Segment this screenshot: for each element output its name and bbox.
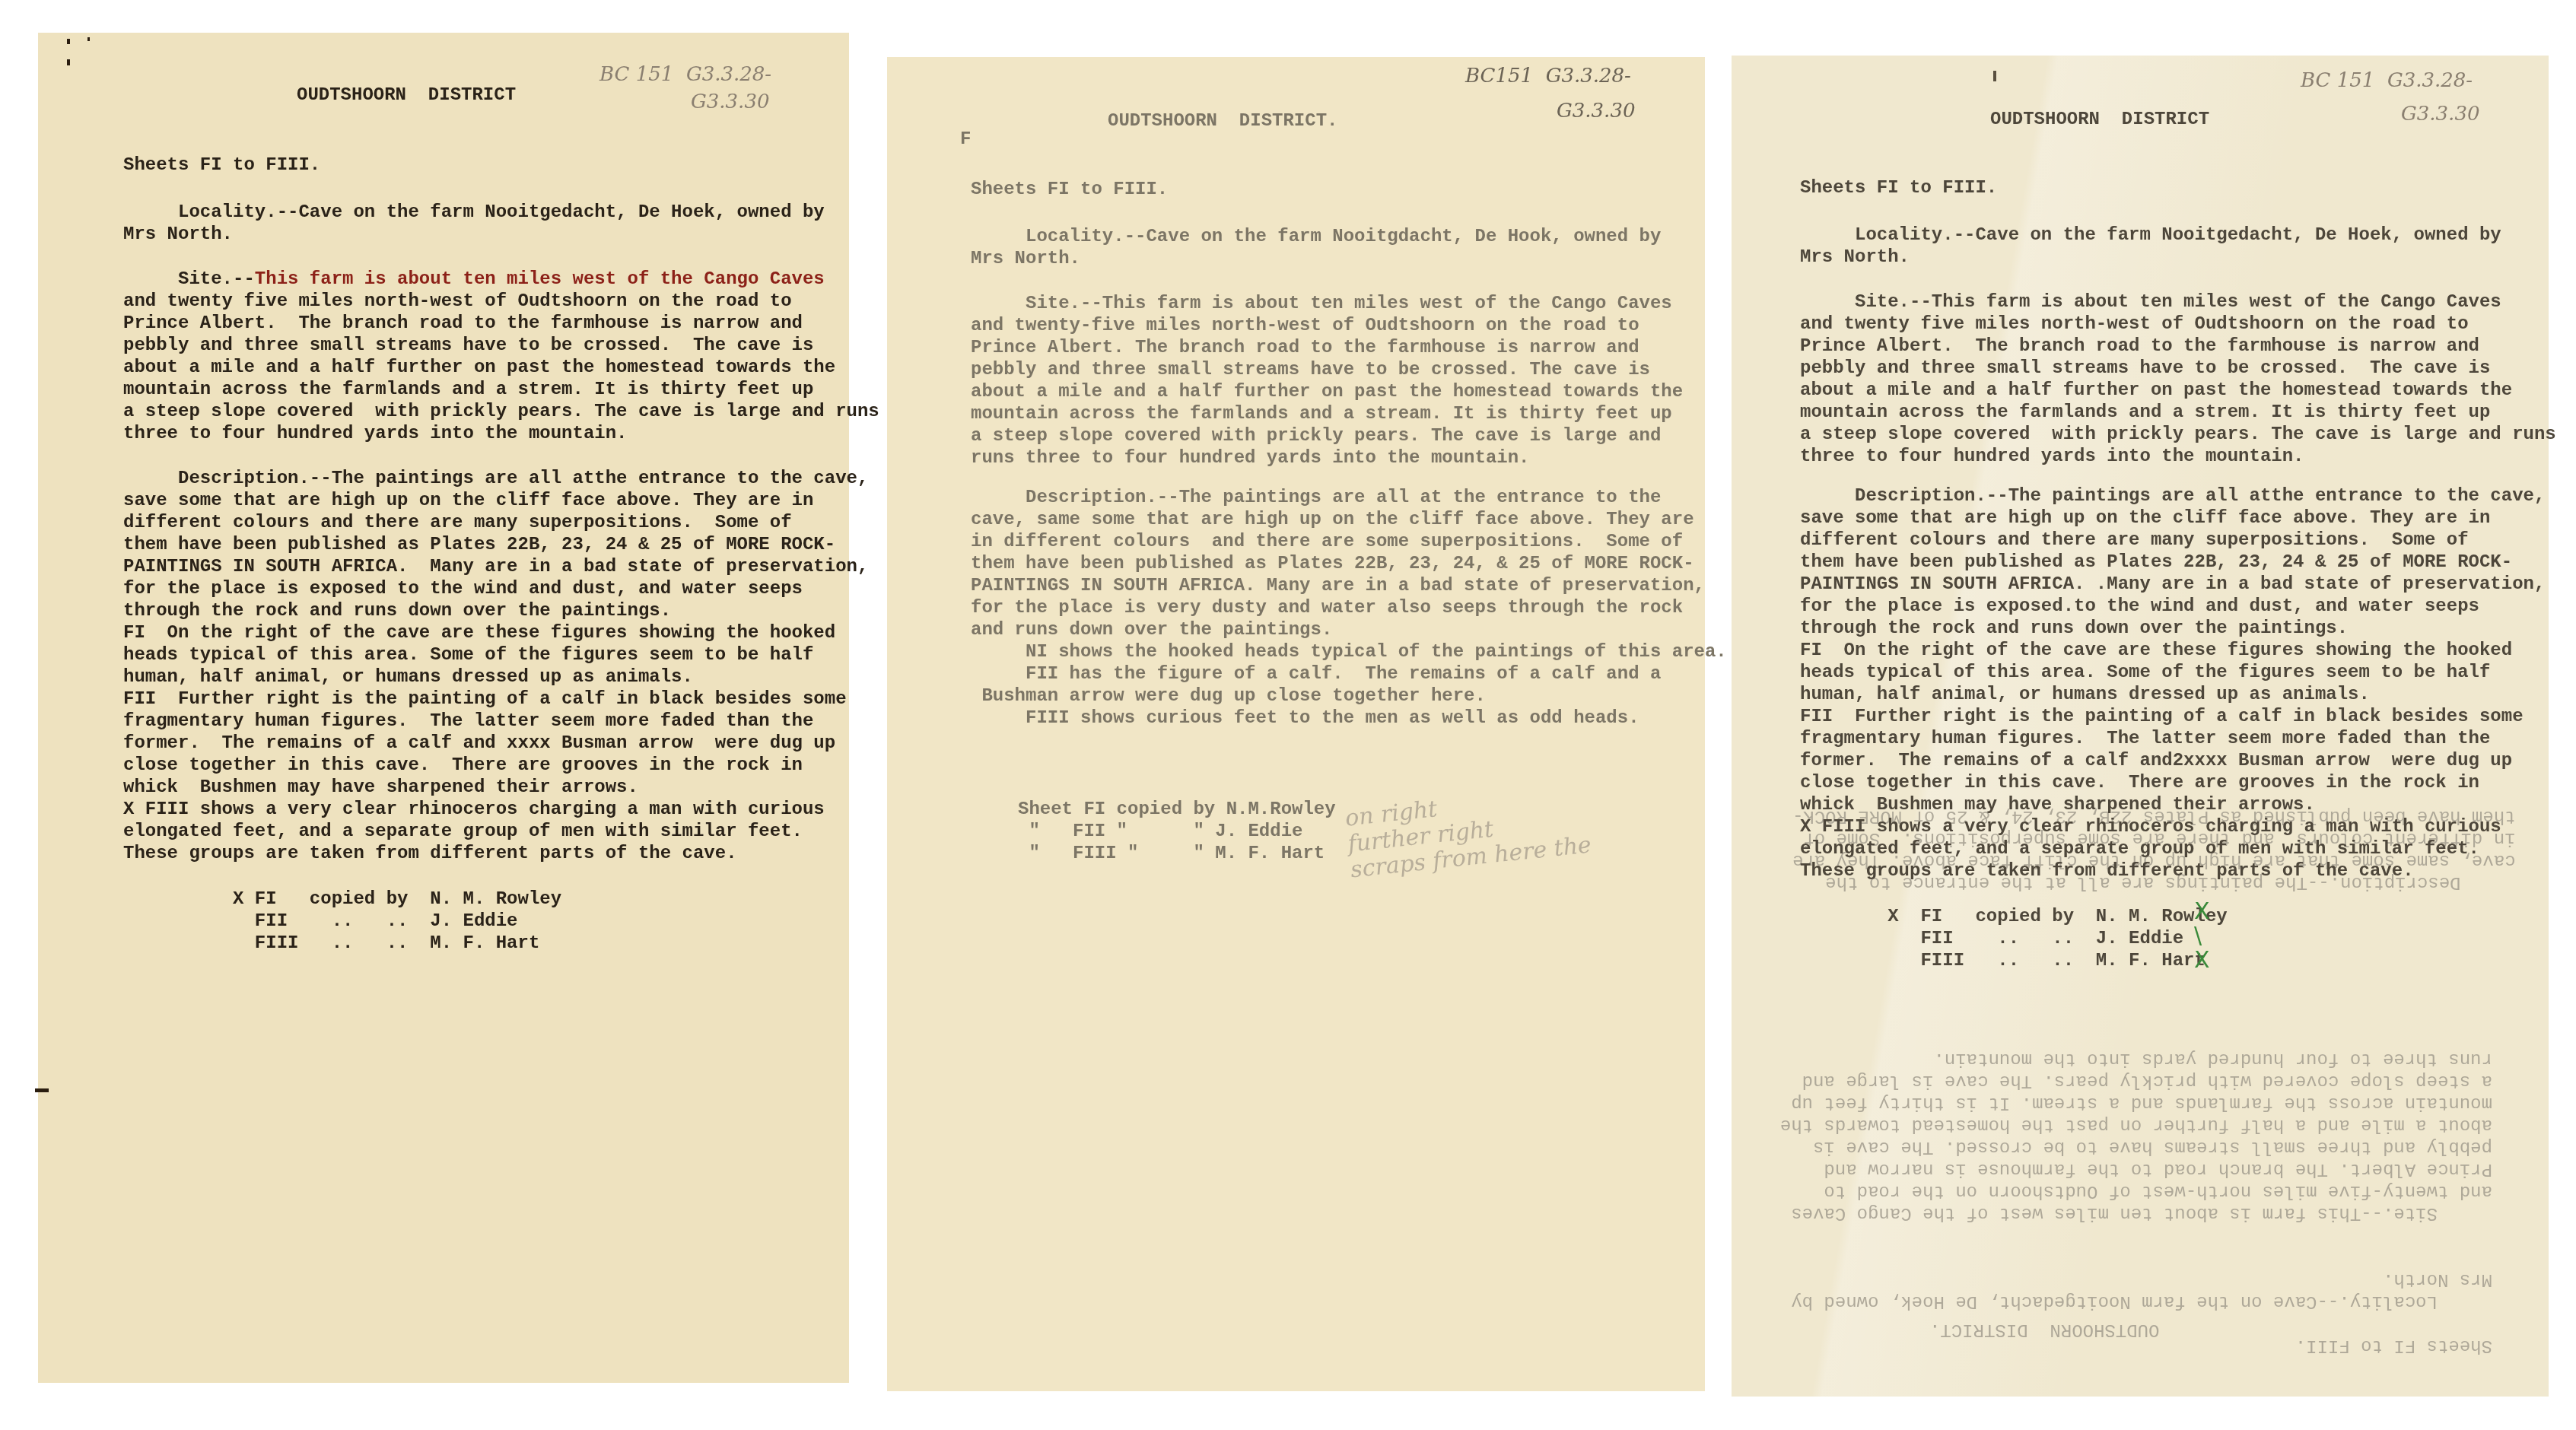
site-paragraph: Site.--This farm is about ten miles west… xyxy=(971,293,1683,469)
punch-mark xyxy=(67,39,70,44)
description-paragraph: Description.--The paintings are all atth… xyxy=(1800,485,2545,882)
page-title: OUDTSHOORN DISTRICT xyxy=(297,84,516,106)
offset-mirror-text-block: Sheets FI to FIII. Locality.--Cave on th… xyxy=(1785,961,2492,1356)
sheets-heading: Sheets FI to FIII. xyxy=(971,179,1168,201)
green-check-marks: X \ X xyxy=(2194,900,2210,973)
corner-mark: F xyxy=(960,129,971,151)
margin-tick-mark xyxy=(35,1088,49,1092)
description-paragraph: Description.--The paintings are all at t… xyxy=(971,487,1727,729)
archive-reference-handwritten: BC 151 G3.3.28- xyxy=(599,63,771,86)
description-paragraph: Description.--The paintings are all atth… xyxy=(123,468,868,865)
archive-reference-handwritten-2: G3.3.30 xyxy=(2401,103,2479,126)
site-red-text: This farm is about ten miles west of the… xyxy=(255,269,825,290)
site-paragraph: Site.--This farm is about ten miles west… xyxy=(1800,291,2556,468)
document-page-2-draft: F OUDTSHOORN DISTRICT. BC151 G3.3.28- G3… xyxy=(887,57,1705,1391)
copied-by-list: Sheet FI copied by N.M.Rowley " FII " " … xyxy=(1018,799,1336,865)
page-title: OUDTSHOORN DISTRICT xyxy=(1990,109,2209,131)
page-title: OUDTSHOORN DISTRICT. xyxy=(1108,110,1337,132)
copied-by-list: X FI copied by N. M. Rowley FII .. .. J.… xyxy=(1800,906,2228,972)
punch-mark xyxy=(87,37,90,41)
archive-reference-handwritten: BC151 G3.3.28- xyxy=(1465,65,1631,87)
archive-reference-handwritten: BC 151 G3.3.28- xyxy=(2301,69,2473,92)
archive-reference-handwritten-2: G3.3.30 xyxy=(1557,100,1635,122)
site-paragraph: Site.--This farm is about ten miles west… xyxy=(123,269,879,445)
locality-paragraph: Locality.--Cave on the farm Nooitgedacht… xyxy=(1800,224,2501,269)
locality-paragraph: Locality.--Cave on the farm Nooitgedacht… xyxy=(123,202,825,246)
punch-mark xyxy=(1993,71,1996,81)
offset-mirror-site: Sheets FI to FIII. Locality.--Cave on th… xyxy=(1780,1047,2492,1356)
sheets-heading: Sheets FI to FIII. xyxy=(1800,177,1997,199)
pencil-annotation: on right further right scraps from here … xyxy=(1344,781,1593,884)
sheets-heading: Sheets FI to FIII. xyxy=(123,154,320,176)
punch-mark xyxy=(67,59,70,65)
offset-mirror-title: OUDTSHOORN DISTRICT. xyxy=(1929,1318,2159,1340)
document-page-1-original: OUDTSHOORN DISTRICT BC 151 G3.3.28- G3.3… xyxy=(38,33,849,1383)
site-body: and twenty five miles north-west of Oudt… xyxy=(123,291,879,444)
archive-reference-handwritten-2: G3.3.30 xyxy=(691,91,769,113)
document-page-3-carbon-copy: OUDTSHOORN DISTRICT BC 151 G3.3.28- G3.3… xyxy=(1732,56,2549,1397)
site-label: Site.-- xyxy=(123,269,255,290)
copied-by-list: X FI copied by N. M. Rowley FII .. .. J.… xyxy=(123,888,561,955)
locality-paragraph: Locality.--Cave on the farm Nooitgdacht,… xyxy=(971,226,1661,270)
